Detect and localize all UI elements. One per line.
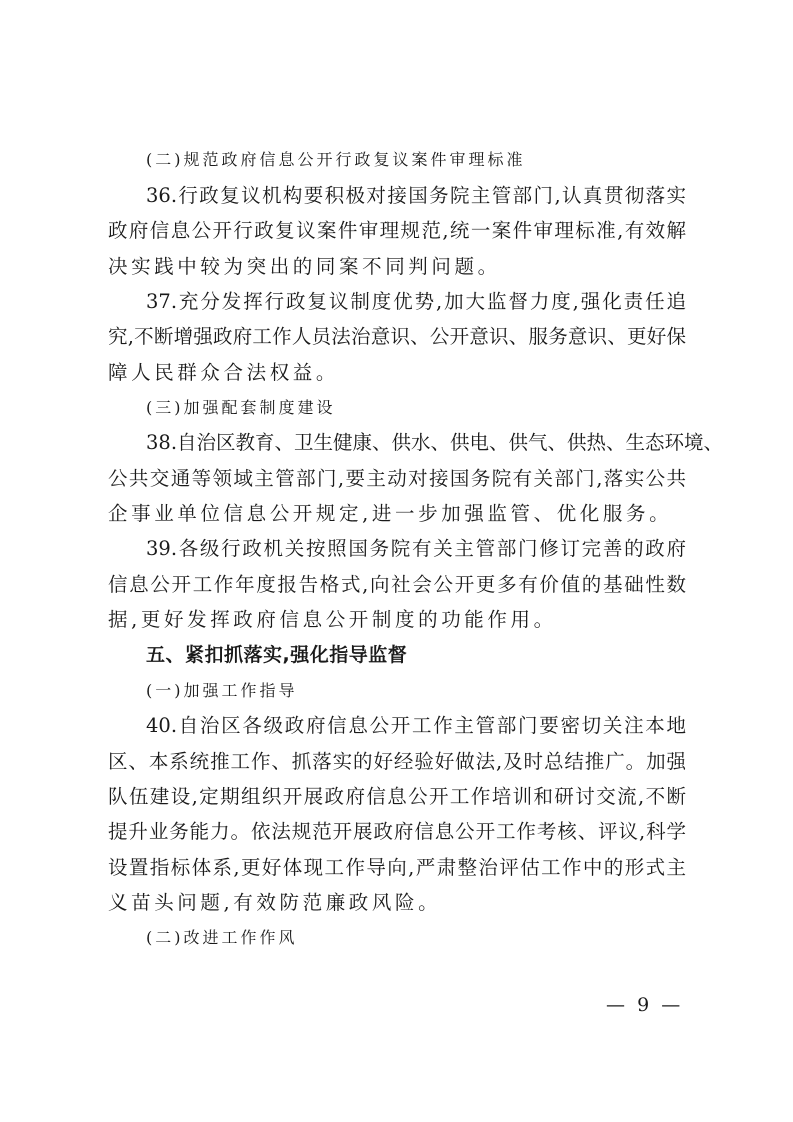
paragraph-last-line: 决实践中较为突出的同案不同判问题。 (108, 255, 686, 279)
page-number: — 9 — (606, 994, 680, 1016)
subsection-heading: (二)改进工作作风 (146, 926, 686, 950)
subsection-heading: (三)加强配套制度建设 (146, 396, 686, 420)
paragraph-last-line: 企事业单位信息公开规定,进一步加强监管、优化服务。 (108, 502, 686, 526)
paragraph-line: 提升业务能力。依法规范开展政府信息公开工作考核、评议,科学 (108, 820, 686, 844)
section-heading: 五、紧扣抓落实,强化指导监督 (146, 643, 686, 667)
paragraph-first-line: 39.各级行政机关按照国务院有关主管部门修订完善的政府 (146, 537, 686, 561)
paragraph-line: 政府信息公开行政复议案件审理规范,统一案件审理标准,有效解 (108, 219, 686, 243)
paragraph-first-line: 37.充分发挥行政复议制度优势,加大监督力度,强化责任追 (146, 290, 686, 314)
paragraph-first-line: 36.行政复议机构要积极对接国务院主管部门,认真贯彻落实 (146, 184, 686, 208)
paragraph-line: 队伍建设,定期组织开展政府信息公开工作培训和研讨交流,不断 (108, 785, 686, 809)
subsection-heading: (二)规范政府信息公开行政复议案件审理标准 (146, 148, 686, 172)
paragraph-line: 信息公开工作年度报告格式,向社会公开更多有价值的基础性数 (108, 573, 686, 597)
paragraph-last-line: 义苗头问题,有效防范廉政风险。 (108, 891, 686, 915)
paragraph-last-line: 障人民群众合法权益。 (108, 361, 686, 385)
subsection-heading: (一)加强工作指导 (146, 679, 686, 703)
document-page: (二)规范政府信息公开行政复议案件审理标准36.行政复议机构要积极对接国务院主管… (0, 0, 793, 1122)
paragraph-line: 究,不断增强政府工作人员法治意识、公开意识、服务意识、更好保 (108, 325, 686, 349)
paragraph-last-line: 据,更好发挥政府信息公开制度的功能作用。 (108, 608, 686, 632)
paragraph-line: 公共交通等领域主管部门,要主动对接国务院有关部门,落实公共 (108, 467, 686, 491)
paragraph-first-line: 40.自治区各级政府信息公开工作主管部门要密切关注本地 (146, 714, 686, 738)
paragraph-line: 区、本系统推工作、抓落实的好经验好做法,及时总结推广。加强 (108, 750, 686, 774)
paragraph-line: 设置指标体系,更好体现工作导向,严肃整治评估工作中的形式主 (108, 856, 686, 880)
paragraph-first-line: 38.自治区教育、卫生健康、供水、供电、供气、供热、生态环境、 (146, 431, 686, 455)
